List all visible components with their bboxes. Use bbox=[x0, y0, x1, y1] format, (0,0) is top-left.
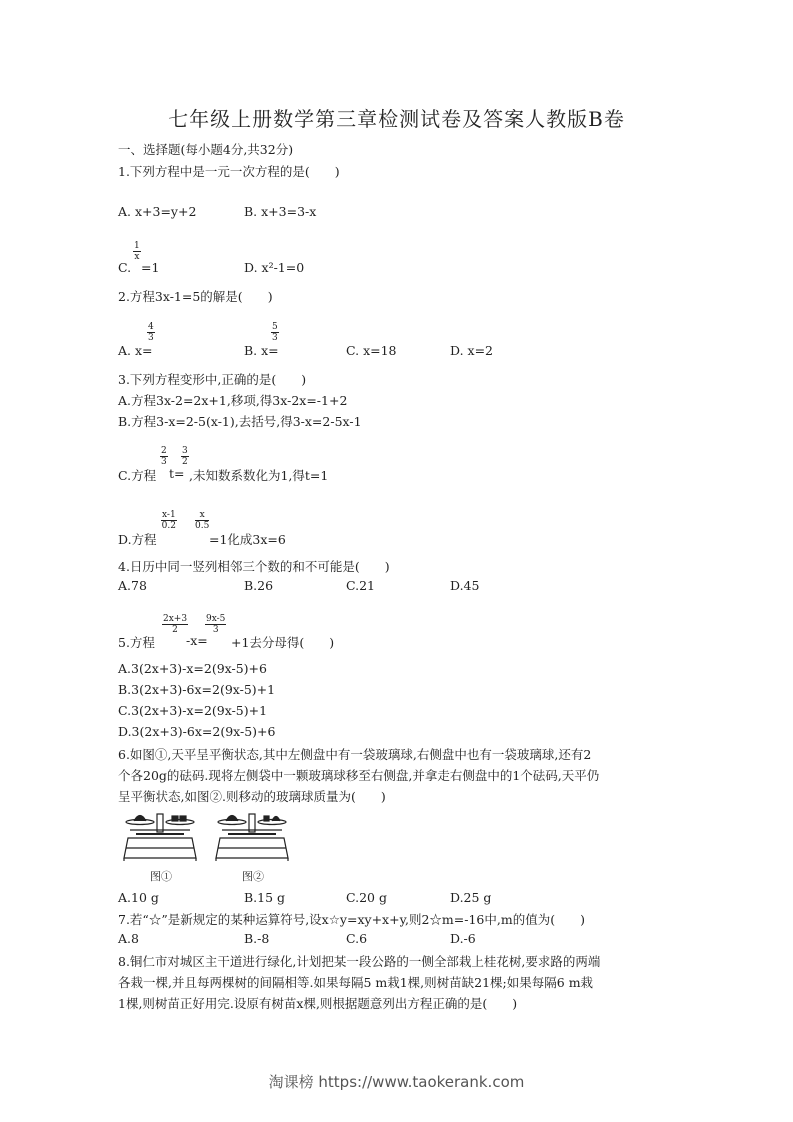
q8-stem-line-2: 各栽一棵,并且每两棵树的间隔相等.如果每隔5 m栽1棵,则树苗缺21棵;如果每隔… bbox=[118, 973, 593, 991]
q6-option-a: A.10 g bbox=[118, 890, 159, 905]
q7-option-c: C.6 bbox=[346, 931, 367, 946]
q5-option-b: B.3(2x+3)-6x=2(9x-5)+1 bbox=[118, 682, 275, 697]
balance-scale-figure-1 bbox=[122, 812, 198, 866]
balance-scale-icon bbox=[122, 812, 198, 862]
q3-option-b: B.方程3-x=2-5(x-1),去括号,得3-x=2-5x-1 bbox=[118, 412, 362, 430]
q1-option-c-fraction: 1 x bbox=[133, 241, 141, 262]
q5-fraction-1: 2x+3 2 bbox=[162, 614, 188, 635]
denominator: 2 bbox=[162, 625, 188, 635]
balance-scale-figure-2 bbox=[214, 812, 290, 866]
q3-option-a: A.方程3x-2=2x+1,移项,得3x-2x=-1+2 bbox=[118, 391, 347, 409]
numerator: 3 bbox=[181, 446, 189, 457]
denominator: 3 bbox=[205, 625, 226, 635]
q3-option-c-prefix: C.方程 bbox=[118, 466, 156, 484]
q4-stem: 4.日历中同一竖列相邻三个数的和不可能是( ) bbox=[118, 557, 390, 575]
numerator: 2 bbox=[160, 446, 168, 457]
numerator: 4 bbox=[147, 322, 155, 333]
q4-option-c: C.21 bbox=[346, 578, 375, 593]
q1-option-b: B. x+3=3-x bbox=[244, 204, 316, 219]
page-title: 七年级上册数学第三章检测试卷及答案人教版B卷 bbox=[0, 103, 793, 132]
q7-option-a: A.8 bbox=[118, 931, 139, 946]
q4-option-b: B.26 bbox=[244, 578, 273, 593]
q3-option-c-suffix: ,未知数系数化为1,得t=1 bbox=[189, 466, 328, 484]
denominator: 3 bbox=[160, 457, 168, 467]
q5-stem-prefix: 5.方程 bbox=[118, 633, 155, 651]
q3-option-d-fraction-2: x 0.5 bbox=[195, 510, 209, 531]
q1-option-a: A. x+3=y+2 bbox=[118, 204, 196, 219]
q8-stem-line-3: 1棵,则树苗正好用完.设原有树苗x棵,则根据题意列出方程正确的是( ) bbox=[118, 994, 517, 1012]
q5-option-c: C.3(2x+3)-x=2(9x-5)+1 bbox=[118, 703, 267, 718]
q7-option-d: D.-6 bbox=[450, 931, 476, 946]
q4-option-d: D.45 bbox=[450, 578, 479, 593]
q3-option-d-suffix: =1化成3x=6 bbox=[209, 530, 286, 548]
q6-stem-line-1: 6.如图①,天平呈平衡状态,其中左侧盘中有一袋玻璃球,右侧盘中也有一袋玻璃球,还… bbox=[118, 745, 591, 763]
q2-option-b-prefix: B. x= bbox=[244, 343, 279, 358]
figure-2-caption: 图② bbox=[242, 868, 264, 884]
numerator: 2x+3 bbox=[162, 614, 188, 625]
denominator: 0.2 bbox=[161, 521, 177, 531]
q3-option-c-fraction-1: 2 3 bbox=[160, 446, 168, 467]
denominator: x bbox=[133, 252, 141, 262]
q1-option-c-prefix: C. bbox=[118, 260, 131, 275]
q5-stem-suffix: +1去分母得( ) bbox=[231, 633, 334, 651]
denominator: 2 bbox=[181, 457, 189, 467]
q6-option-d: D.25 g bbox=[450, 890, 491, 905]
q2-option-d: D. x=2 bbox=[450, 343, 493, 358]
q7-option-b: B.-8 bbox=[244, 931, 269, 946]
q3-stem: 3.下列方程变形中,正确的是( ) bbox=[118, 370, 306, 388]
denominator: 3 bbox=[271, 333, 279, 343]
numerator: 1 bbox=[133, 241, 141, 252]
q2-stem: 2.方程3x-1=5的解是( ) bbox=[118, 287, 273, 305]
numerator: 9x-5 bbox=[205, 614, 226, 625]
section-heading: 一、选择题(每小题4分,共32分) bbox=[118, 140, 293, 158]
exam-page: 七年级上册数学第三章检测试卷及答案人教版B卷 一、选择题(每小题4分,共32分)… bbox=[0, 0, 793, 1122]
q1-option-d: D. x²-1=0 bbox=[244, 260, 304, 275]
q2-option-b-fraction: 5 3 bbox=[271, 322, 279, 343]
figure-1-caption: 图① bbox=[150, 868, 172, 884]
q5-option-d: D.3(2x+3)-6x=2(9x-5)+6 bbox=[118, 724, 275, 739]
numerator: x bbox=[195, 510, 209, 521]
q1-stem: 1.下列方程中是一元一次方程的是( ) bbox=[118, 162, 340, 180]
q8-stem-line-1: 8.铜仁市对城区主干道进行绿化,计划把某一段公路的一侧全部栽上桂花树,要求路的两… bbox=[118, 952, 600, 970]
q1-option-c-suffix: =1 bbox=[141, 260, 159, 275]
footer-watermark: 淘课榜 https://www.taokerank.com bbox=[0, 1071, 793, 1092]
q3-option-d-fraction-1: x-1 0.2 bbox=[161, 510, 177, 531]
numerator: x-1 bbox=[161, 510, 177, 521]
q5-stem-mid: -x= bbox=[186, 633, 208, 648]
q6-option-c: C.20 g bbox=[346, 890, 387, 905]
q2-option-a-prefix: A. x= bbox=[118, 343, 153, 358]
denominator: 0.5 bbox=[195, 521, 209, 531]
q7-stem: 7.若“☆”是新规定的某种运算符号,设x☆y=xy+x+y,则2☆m=-16中,… bbox=[118, 910, 585, 928]
balance-scale-icon bbox=[214, 812, 290, 862]
numerator: 5 bbox=[271, 322, 279, 333]
q2-option-c: C. x=18 bbox=[346, 343, 397, 358]
q5-option-a: A.3(2x+3)-x=2(9x-5)+6 bbox=[118, 661, 267, 676]
q6-option-b: B.15 g bbox=[244, 890, 285, 905]
q5-fraction-2: 9x-5 3 bbox=[205, 614, 226, 635]
q6-stem-line-3: 呈平衡状态,如图②.则移动的玻璃球质量为( ) bbox=[118, 787, 386, 805]
q3-option-c-mid: t= bbox=[169, 466, 185, 481]
q6-stem-line-2: 个各20g的砝码.现将左侧袋中一颗玻璃球移至右侧盘,并拿走右侧盘中的1个砝码,天… bbox=[118, 766, 599, 784]
q3-option-d-prefix: D.方程 bbox=[118, 530, 157, 548]
q3-option-c-fraction-2: 3 2 bbox=[181, 446, 189, 467]
q4-option-a: A.78 bbox=[118, 578, 147, 593]
denominator: 3 bbox=[147, 333, 155, 343]
q2-option-a-fraction: 4 3 bbox=[147, 322, 155, 343]
